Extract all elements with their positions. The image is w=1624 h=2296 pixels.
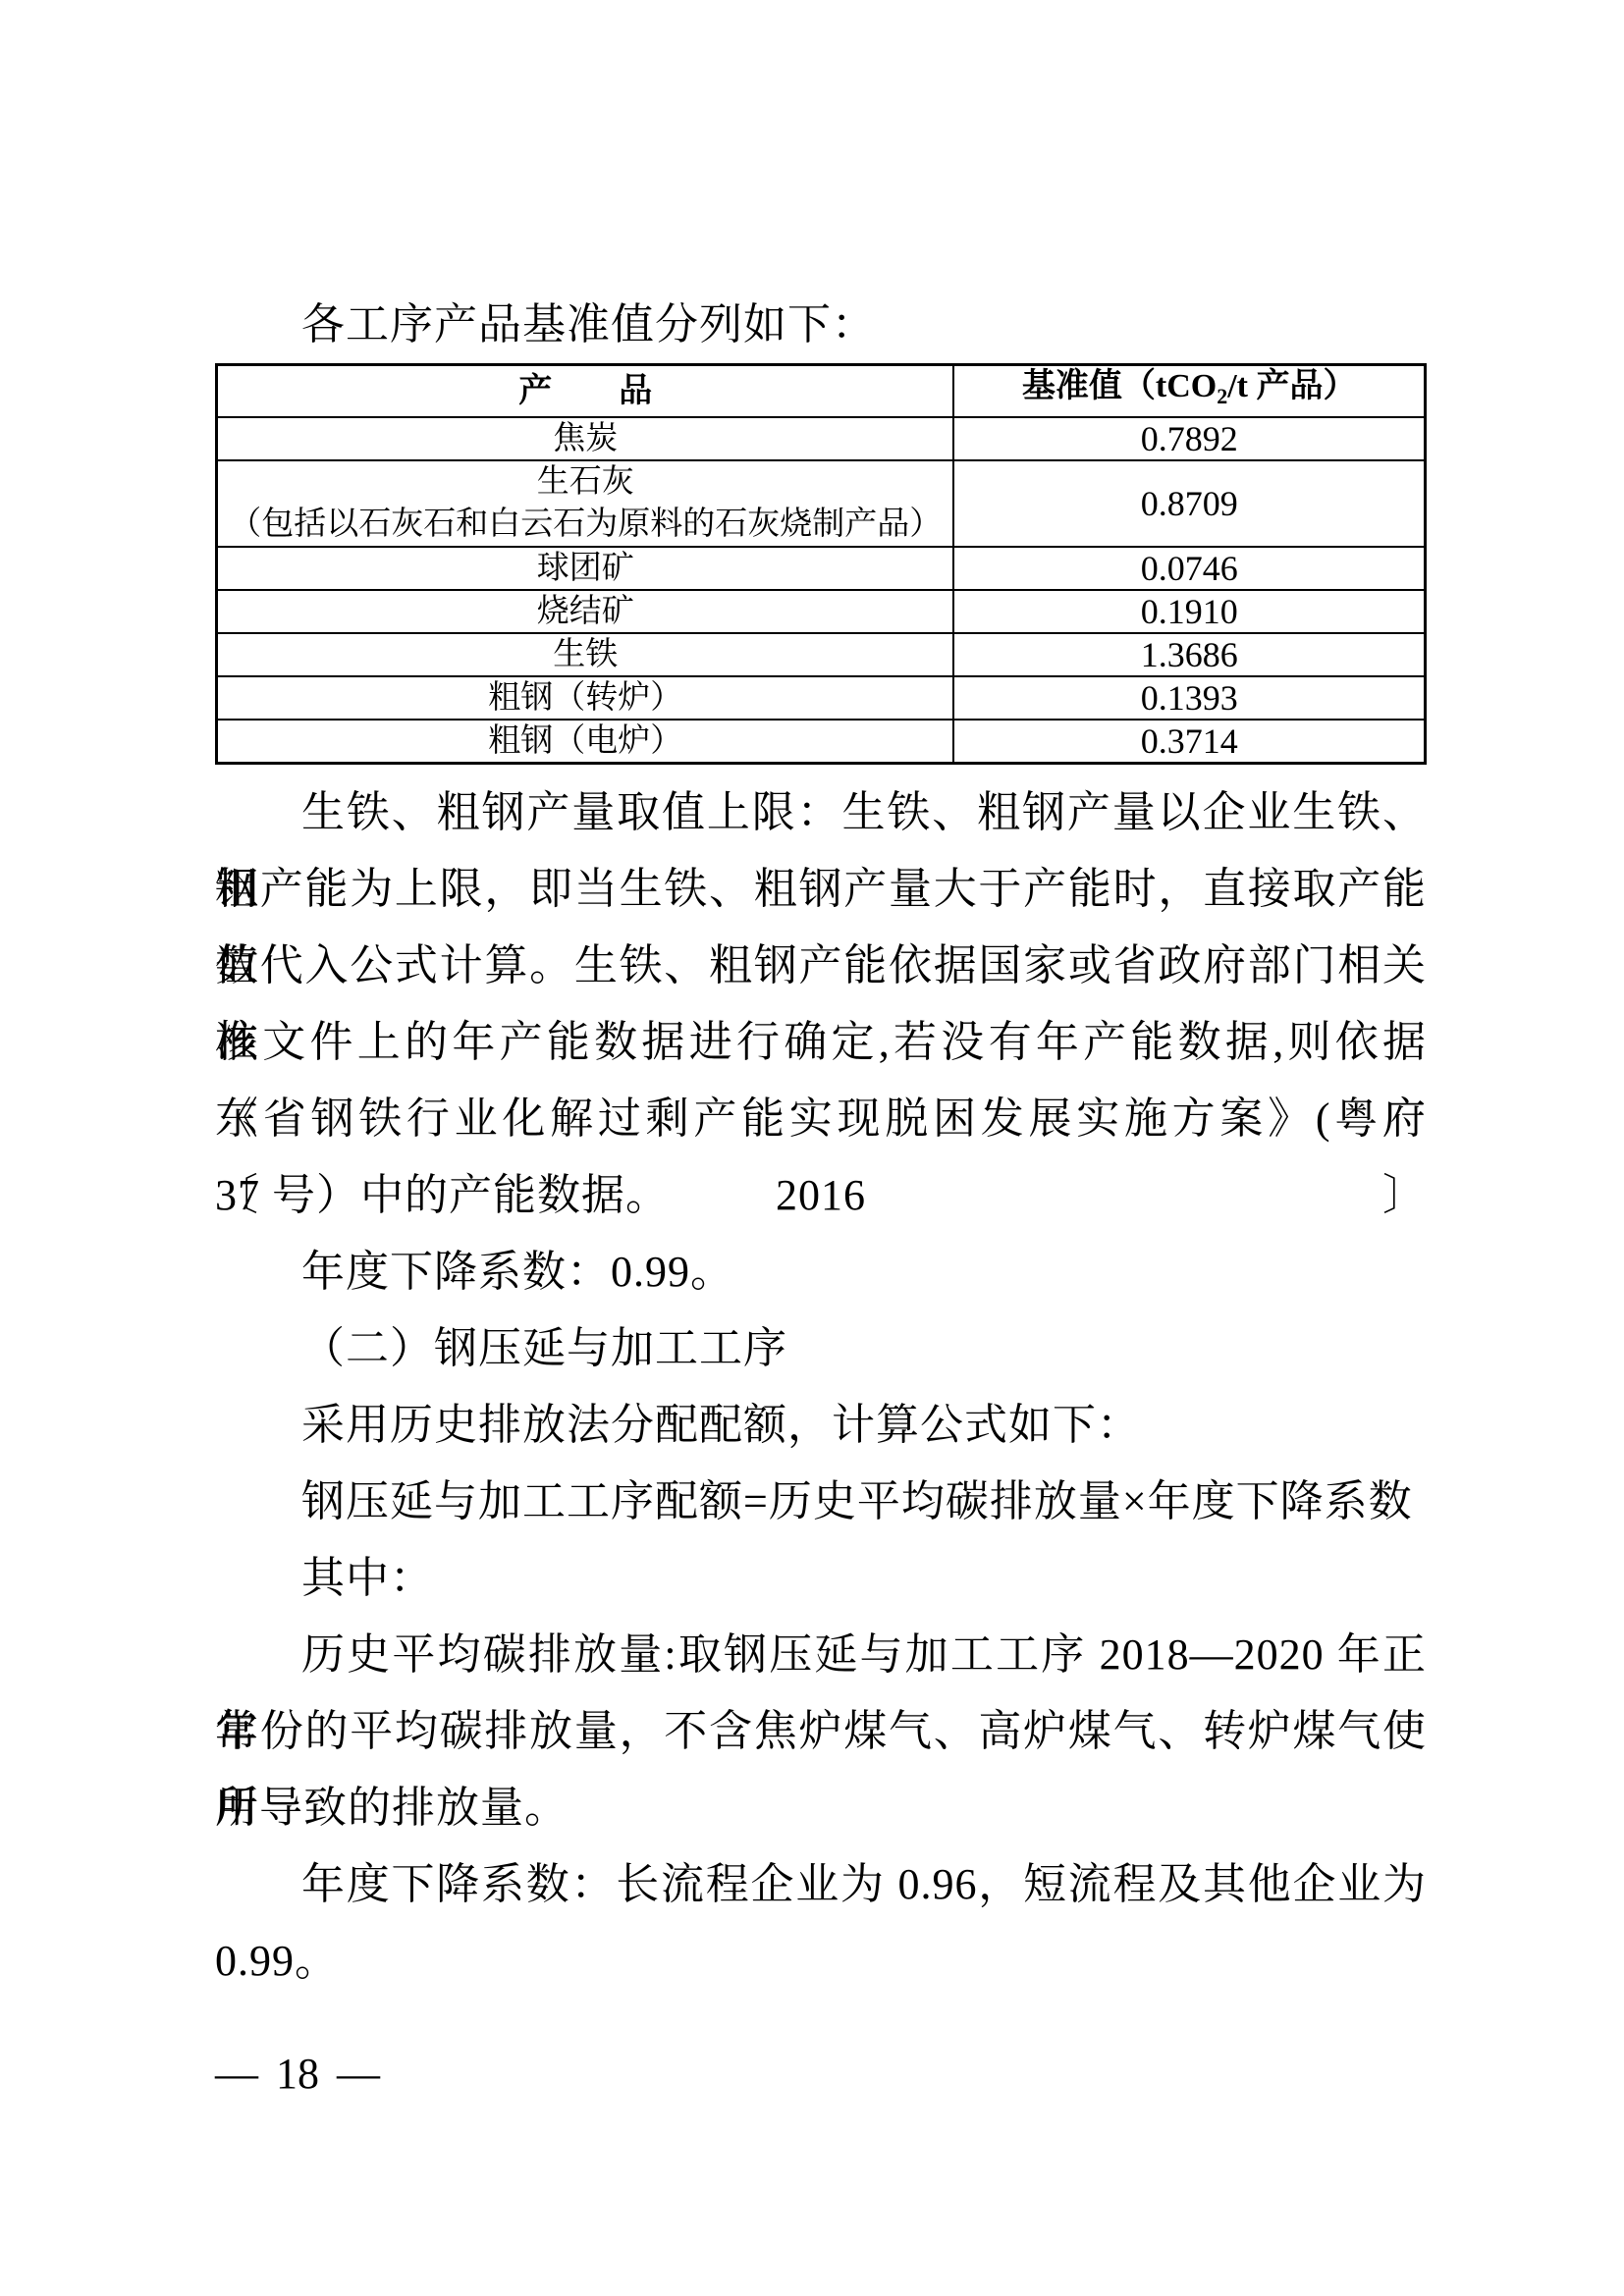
body-line: 值代入公式计算。生铁、粗钢产能依据国家或省政府部门相关核 (215, 928, 1427, 1004)
table-row: 焦炭 0.7892 (217, 417, 1426, 460)
body-line: 准文件上的年产能数据进行确定,若没有年产能数据,则依据《广 (215, 1004, 1427, 1081)
product-cell: 焦炭 (217, 417, 954, 460)
benchmark-header-suffix: /t 产品） (1227, 368, 1356, 404)
document-page: 各工序产品基准值分列如下： 产 品 基准值（tCO2/t 产品） 焦炭 0.78… (0, 0, 1624, 2296)
body-line: 年度下降系数：0.99。 (215, 1234, 1427, 1310)
page-footer: —18— (215, 2036, 380, 2112)
value-cell: 0.0746 (953, 547, 1425, 590)
product-cell: 球团矿 (217, 547, 954, 590)
body-line: 年份的平均碳排放量，不含焦炉煤气、高炉煤气、转炉煤气使用 (215, 1693, 1427, 1770)
table-row: 生铁 1.3686 (217, 633, 1426, 676)
value-cell: 0.1910 (953, 590, 1425, 633)
product-column-header: 产 品 (217, 365, 954, 418)
table-header-row: 产 品 基准值（tCO2/t 产品） (217, 365, 1426, 418)
benchmark-header-prefix: 基准值（tCO (1022, 368, 1217, 404)
benchmark-column-header: 基准值（tCO2/t 产品） (953, 365, 1425, 418)
product-cell: 粗钢（电炉） (217, 720, 954, 764)
section-heading: （二）钢压延与加工工序 (215, 1310, 1427, 1387)
body-line: 所导致的排放量。 (215, 1770, 1427, 1846)
product-cell: 生铁 (217, 633, 954, 676)
value-cell: 0.7892 (953, 417, 1425, 460)
footer-dash-left: — (215, 2050, 258, 2098)
value-cell: 0.1393 (953, 676, 1425, 720)
body-text: 生铁、粗钢产量取值上限：生铁、粗钢产量以企业生铁、粗 钢产能为上限，即当生铁、粗… (215, 774, 1427, 2000)
body-line: 生铁、粗钢产量取值上限：生铁、粗钢产量以企业生铁、粗 (215, 774, 1427, 851)
value-cell: 1.3686 (953, 633, 1425, 676)
product-note: （包括以石灰石和白云石为原料的石灰烧制产品） (218, 504, 952, 546)
benchmark-table: 产 品 基准值（tCO2/t 产品） 焦炭 0.7892 生石灰 （包括以石灰石… (215, 363, 1427, 765)
body-line: 0.99。 (215, 1923, 1427, 2000)
table-row: 球团矿 0.0746 (217, 547, 1426, 590)
body-line: 历史平均碳排放量:取钢压延与加工工序 2018—2020 年正常 (215, 1617, 1427, 1693)
value-cell: 0.8709 (953, 460, 1425, 547)
intro-text: 各工序产品基准值分列如下： (215, 287, 1427, 363)
benchmark-header-subscript: 2 (1217, 384, 1227, 408)
body-line: 其中： (215, 1540, 1427, 1617)
product-cell: 粗钢（转炉） (217, 676, 954, 720)
formula-line: 钢压延与加工工序配额=历史平均碳排放量×年度下降系数 (215, 1464, 1427, 1540)
product-cell: 烧结矿 (217, 590, 954, 633)
table-row: 烧结矿 0.1910 (217, 590, 1426, 633)
table-row: 粗钢（电炉） 0.3714 (217, 720, 1426, 764)
body-line: 年度下降系数：长流程企业为 0.96，短流程及其他企业为 (215, 1846, 1427, 1923)
page-number: 18 (276, 2050, 319, 2098)
table-row: 生石灰 （包括以石灰石和白云石为原料的石灰烧制产品） 0.8709 (217, 460, 1426, 547)
product-cell: 生石灰 （包括以石灰石和白云石为原料的石灰烧制产品） (217, 460, 954, 547)
footer-dash-right: — (337, 2050, 380, 2098)
body-line: 钢产能为上限，即当生铁、粗钢产量大于产能时，直接取产能数 (215, 851, 1427, 928)
table-row: 粗钢（转炉） 0.1393 (217, 676, 1426, 720)
body-line: 东省钢铁行业化解过剩产能实现脱困发展实施方案》(粤府〔2016〕 (215, 1081, 1427, 1157)
document-content: 各工序产品基准值分列如下： 产 品 基准值（tCO2/t 产品） 焦炭 0.78… (215, 287, 1427, 2000)
body-line: 采用历史排放法分配配额，计算公式如下： (215, 1387, 1427, 1464)
product-name: 生石灰 (218, 461, 952, 504)
value-cell: 0.3714 (953, 720, 1425, 764)
